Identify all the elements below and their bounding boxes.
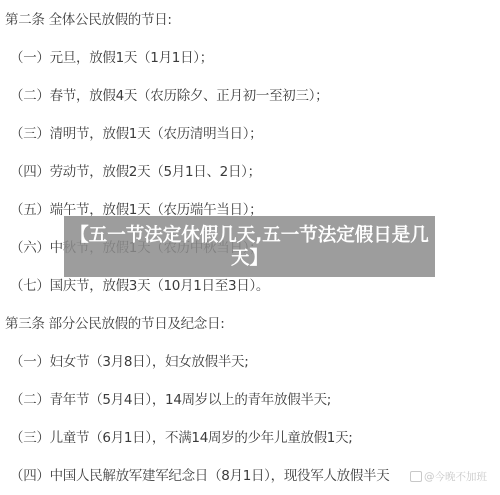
watermark-text: @今晚不加班 bbox=[424, 469, 487, 484]
list-item: （二）春节，放假4天（农历除夕、正月初一至初三）； bbox=[10, 87, 328, 105]
list-item: （一）元旦，放假1天（1月1日）； bbox=[10, 49, 213, 67]
title-overlay-banner: 【五一节法定休假几天,五一节法定假日是几天】 bbox=[64, 216, 435, 277]
chat-bubble-icon bbox=[410, 471, 422, 482]
list-item: （三）儿童节（6月1日），不满14周岁的少年儿童放假1天; bbox=[10, 429, 353, 447]
list-item: （四）劳动节，放假2天（5月1日、2日）； bbox=[10, 163, 261, 181]
watermark: @今晚不加班 bbox=[410, 469, 487, 484]
section2-heading: 第二条 全体公民放假的节日: bbox=[5, 11, 172, 29]
overlay-title: 【五一节法定休假几天,五一节法定假日是几天】 bbox=[64, 224, 435, 270]
list-item: （七）国庆节，放假3天（10月1日至3日）。 bbox=[10, 277, 269, 295]
section3-heading: 第三条 部分公民放假的节日及纪念日: bbox=[5, 315, 224, 333]
list-item: （三）清明节，放假1天（农历清明当日）； bbox=[10, 125, 262, 143]
list-item: （四）中国人民解放军建军纪念日（8月1日），现役军人放假半天 bbox=[10, 467, 389, 485]
list-item: （一）妇女节（3月8日），妇女放假半天; bbox=[10, 353, 248, 371]
list-item: （二）青年节（5月4日），14周岁以上的青年放假半天; bbox=[10, 391, 331, 409]
